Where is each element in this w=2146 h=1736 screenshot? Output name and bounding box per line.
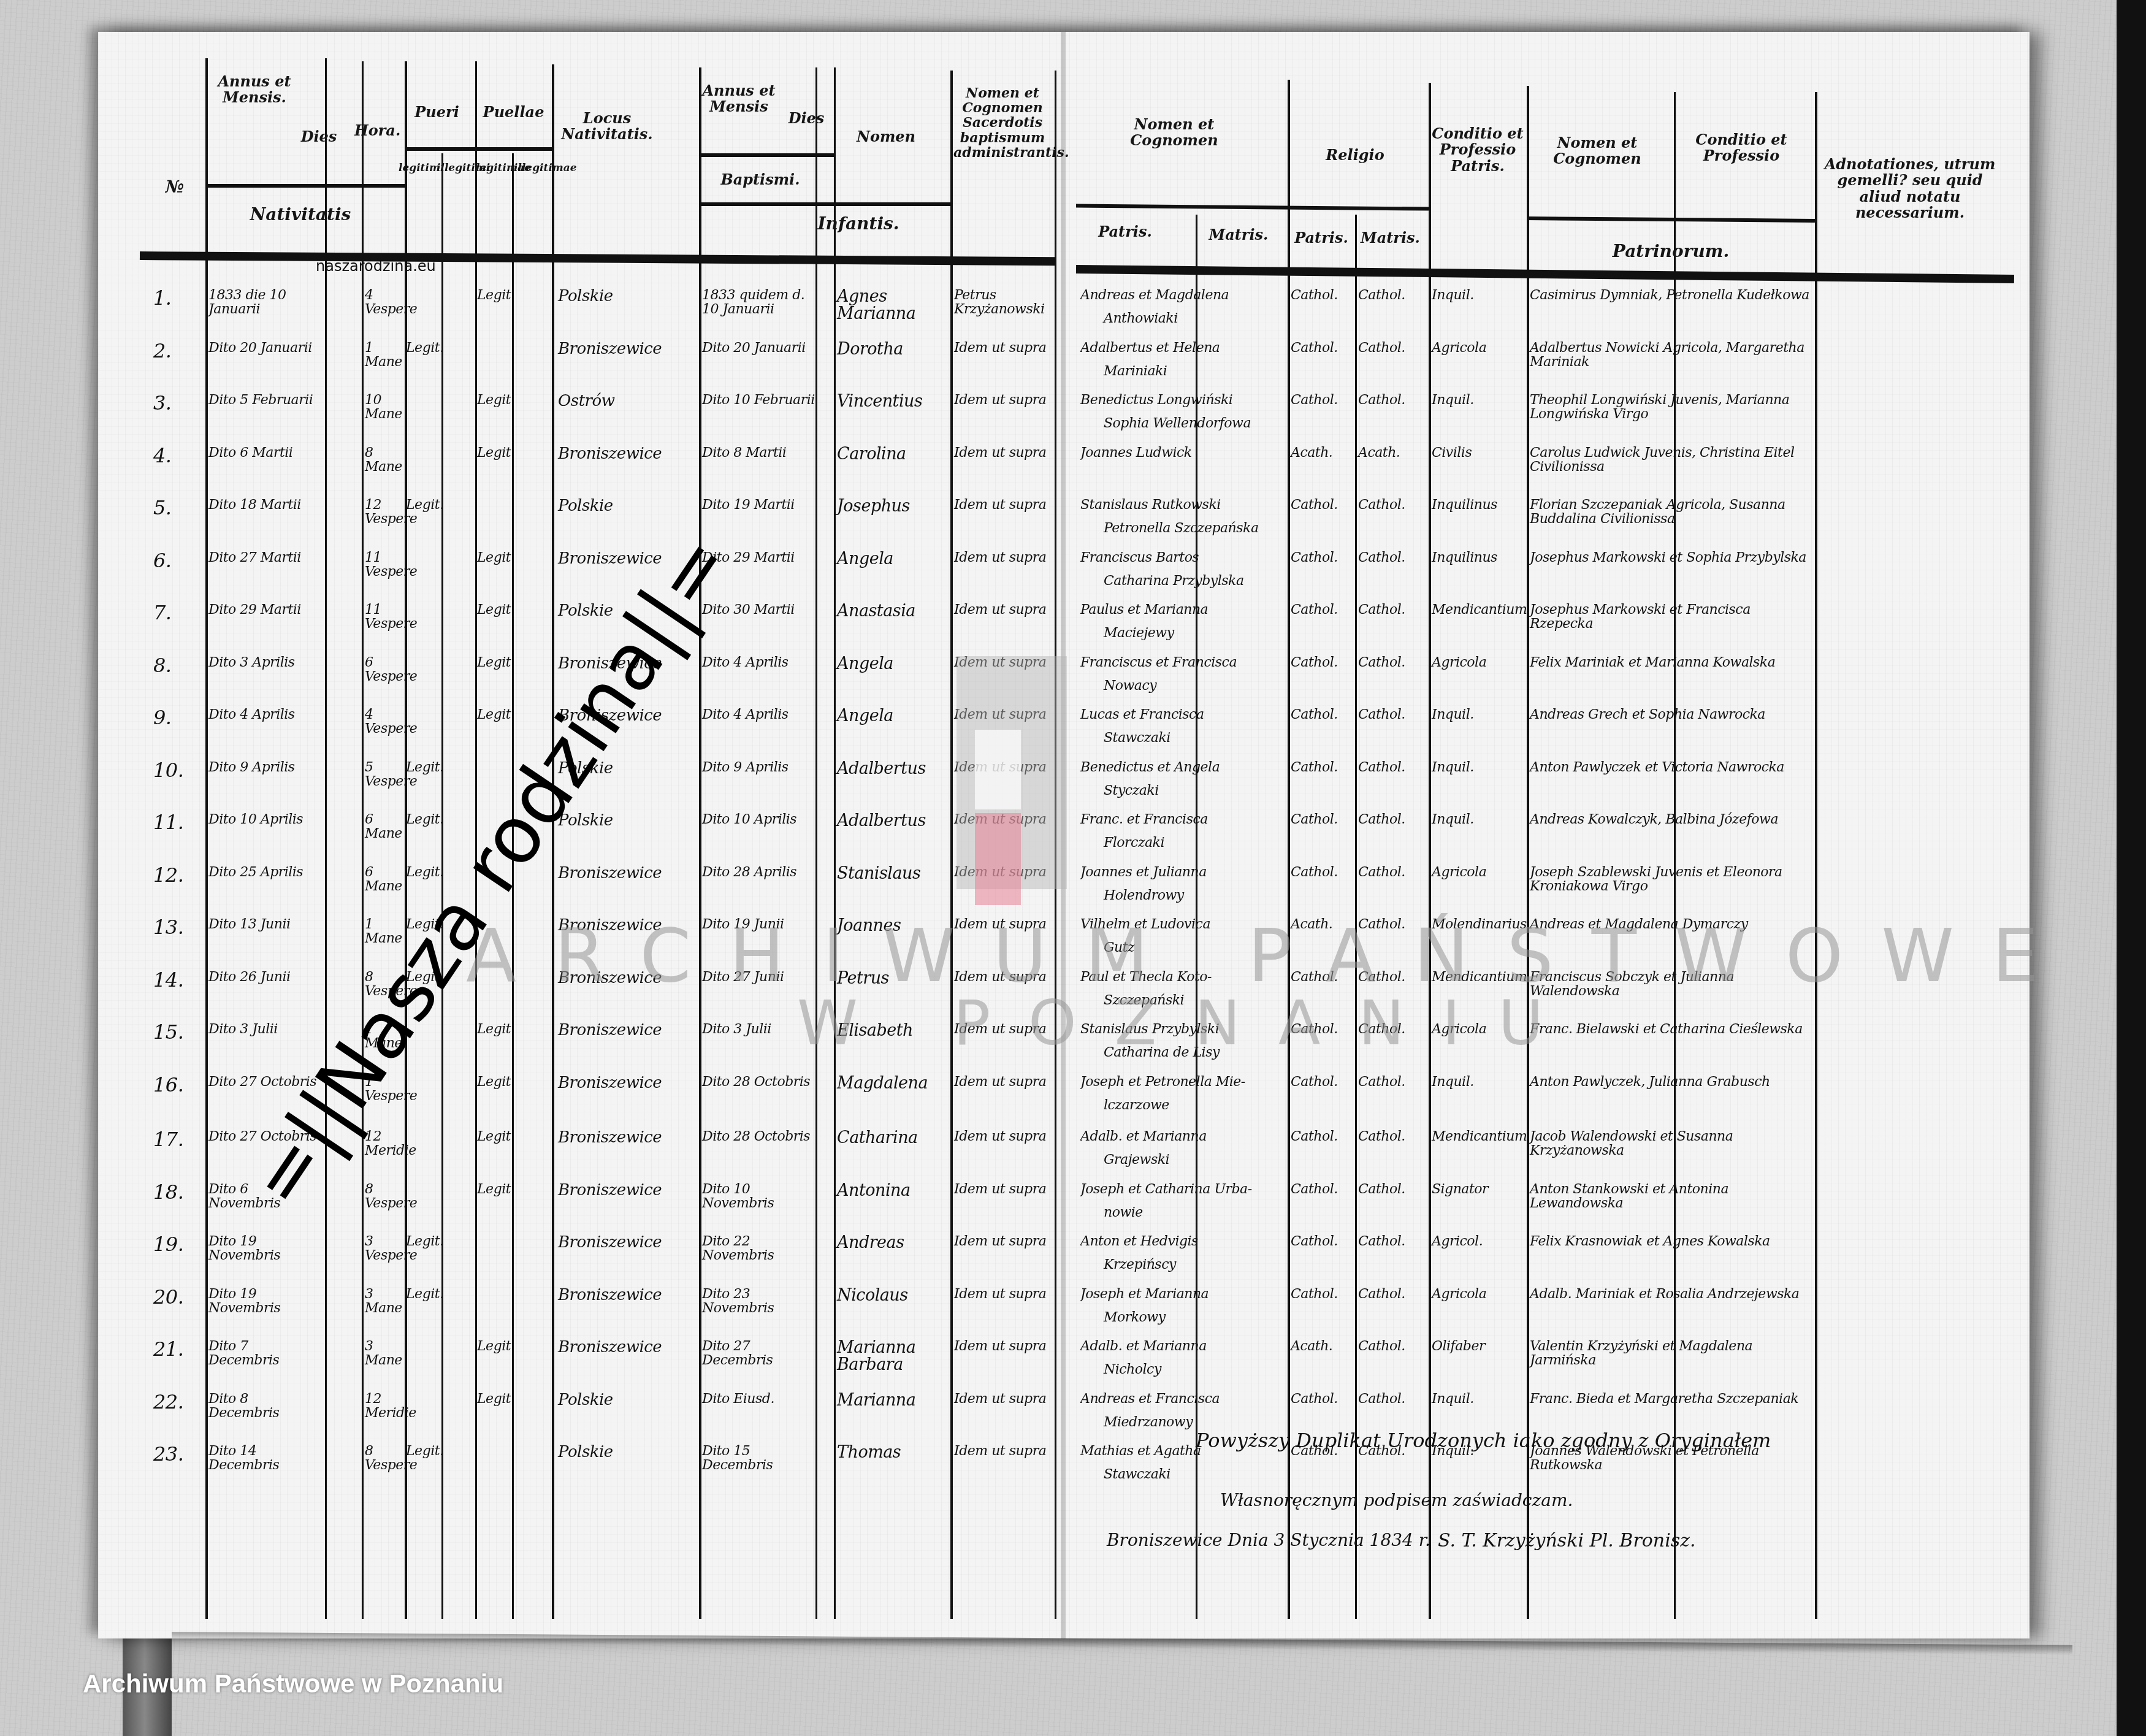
header-patrini-conditio: Conditio et Professio — [1677, 132, 1806, 164]
cell-cond: Mendicantium — [1432, 1130, 1527, 1144]
cell-rel-p: Cathol. — [1291, 341, 1338, 355]
cell-baptismus: Dito 28 Aprilis — [702, 865, 815, 879]
cell-cond: Inquilinus — [1432, 498, 1497, 512]
cell-rel-p: Acath. — [1291, 1339, 1332, 1353]
cell-locus: Broniszewice — [558, 341, 662, 358]
column-rule — [834, 67, 836, 1619]
cell-nomen: Thomas — [837, 1444, 950, 1461]
column-rule — [405, 61, 407, 1619]
cell-patrini: Felix Krasnowiak et Agnes Kowalska — [1530, 1234, 1812, 1248]
header-parentes-nomen: Nomen et Cognomen — [1104, 117, 1245, 149]
cell-hora: 4 Vespere — [365, 708, 402, 736]
header-religio: Religio — [1294, 147, 1416, 163]
cell-baptismus: Dito 10 Novembris — [702, 1182, 815, 1210]
cell-patrini: Andreas Kowalczyk, Balbina Józefowa — [1530, 813, 1812, 827]
cell-sacerdos: Idem ut supra — [954, 1130, 1052, 1144]
cell-rel-p: Cathol. — [1291, 1075, 1338, 1089]
cell-cond: Inquilinus — [1432, 551, 1497, 565]
cell-hora: 8 Vespere — [365, 1182, 402, 1210]
cell-mater: lczarzowe — [1104, 1098, 1169, 1112]
cell-nomen: Catharina — [837, 1130, 950, 1147]
cell-puellae-leg: Legit. — [477, 446, 515, 460]
cell-hora: 11 Vespere — [365, 603, 402, 631]
cell-hora: 11 Vespere — [365, 551, 402, 579]
cell-mater: Miedrzanowy — [1104, 1415, 1193, 1429]
cell-baptismus: Dito 22 Novembris — [702, 1234, 815, 1263]
cell-patrini: Carolus Ludwick Juvenis, Christina Eitel… — [1530, 446, 1812, 474]
cell-pater: Joseph et Catharina Urba- — [1080, 1182, 1283, 1196]
cell-rel-m: Cathol. — [1358, 1287, 1405, 1301]
cell-locus: Broniszewice — [558, 1182, 662, 1199]
header-sacerdos: Nomen et Cognomen Sacerdotis baptismum a… — [953, 86, 1052, 160]
cell-no: 15. — [153, 1022, 183, 1043]
cell-cond: Inquil. — [1432, 288, 1474, 302]
cell-puellae-leg: Legit. — [477, 603, 515, 617]
cell-no: 1. — [153, 288, 172, 309]
cell-pater: Joseph et Marianna — [1080, 1287, 1283, 1301]
cell-sacerdos: Idem ut supra — [954, 498, 1052, 512]
header-nomen: Nomen — [831, 129, 941, 145]
cell-no: 14. — [153, 970, 183, 991]
cell-pater: Andreas et Magdalena — [1080, 288, 1283, 302]
cell-hora: 4 Vespere — [365, 288, 402, 316]
column-rule — [362, 61, 364, 1619]
cell-mater: Catharina Przybylska — [1104, 574, 1244, 588]
cell-cond: Signator — [1432, 1182, 1488, 1196]
cell-nomen: Angela — [837, 656, 950, 673]
cell-cond: Agricol. — [1432, 1234, 1483, 1248]
cell-mater: Sophia Wellendorfowa — [1104, 416, 1251, 430]
cell-hora: 5 Vespere — [365, 760, 402, 789]
cell-baptismus: Dito 20 Januarii — [702, 341, 815, 355]
header-conditio-patris: Conditio et Professio Patris. — [1432, 126, 1524, 174]
header-pueri: Pueri — [399, 104, 475, 120]
cell-rel-m: Cathol. — [1358, 498, 1405, 512]
cell-pater: Paulus et Marianna — [1080, 603, 1283, 617]
cell-pater: Stanislaus Rutkowski — [1080, 498, 1283, 512]
cell-mater: Stawczaki — [1104, 1467, 1170, 1482]
cell-rel-m: Cathol. — [1358, 551, 1405, 565]
column-rule — [325, 58, 327, 1619]
cell-puellae-leg: Legit. — [477, 393, 515, 407]
cell-rel-p: Cathol. — [1291, 1234, 1338, 1248]
cell-mater: Florczaki — [1104, 836, 1164, 850]
cell-nomen: Nicolaus — [837, 1287, 950, 1304]
cell-mater: Anthowiaki — [1104, 312, 1178, 326]
cell-natus: Dito 25 Aprilis — [208, 865, 322, 879]
cell-rel-p: Cathol. — [1291, 551, 1338, 565]
cell-nomen: Adalbertus — [837, 760, 950, 778]
cell-rel-m: Cathol. — [1358, 341, 1405, 355]
archive-logo-white — [975, 730, 1021, 809]
cell-rel-m: Cathol. — [1358, 603, 1405, 617]
cell-nomen: Antonina — [837, 1182, 950, 1199]
header-rule — [699, 153, 834, 157]
cell-rel-p: Cathol. — [1291, 1130, 1338, 1144]
cell-pueri-leg: Legit. — [406, 813, 444, 827]
cell-hora: 6 Mane — [365, 865, 402, 893]
header-religio-matris: Matris. — [1355, 230, 1426, 246]
attestation-place-date: Broniszewice Dnia 3 Stycznia 1834 r. — [1107, 1530, 1430, 1550]
cell-hora: 3 Mane — [365, 1287, 402, 1315]
cell-no: 17. — [153, 1130, 183, 1150]
cell-pueri-leg: Legit. — [406, 498, 444, 512]
cell-hora: 6 Mane — [365, 813, 402, 841]
cell-sacerdos: Idem ut supra — [954, 393, 1052, 407]
cell-pater: Lucas et Francisca — [1080, 708, 1283, 722]
cell-hora: 12 Meridie — [365, 1392, 402, 1420]
cell-mater: Maciejewy — [1104, 626, 1174, 640]
cell-natus: Dito 27 Martii — [208, 551, 322, 565]
cell-nomen: Marianna Barbara — [837, 1339, 950, 1374]
header-bapt-annus: Annus et Mensis — [699, 83, 779, 115]
header-bapt-dies: Dies — [788, 110, 825, 126]
cell-rel-p: Cathol. — [1291, 656, 1338, 670]
cell-locus: Broniszewice — [558, 1234, 662, 1251]
cell-natus: Dito 19 Novembris — [208, 1287, 322, 1315]
cell-baptismus: Dito 8 Martii — [702, 446, 815, 460]
cell-no: 2. — [153, 341, 172, 362]
header-nativitatis: Nativitatis — [208, 205, 392, 224]
cell-baptismus: Dito 4 Aprilis — [702, 656, 815, 670]
column-rule — [1815, 92, 1817, 1619]
cell-puellae-leg: Legit. — [477, 551, 515, 565]
cell-nomen: Angela — [837, 708, 950, 725]
cell-nomen: Stanislaus — [837, 865, 950, 882]
cell-puellae-leg: Legit. — [477, 1022, 515, 1036]
cell-natus: Dito 10 Aprilis — [208, 813, 322, 827]
cell-baptismus: Dito Eiusd. — [702, 1392, 815, 1406]
cell-hora: 12 Meridie — [365, 1130, 402, 1158]
cell-rel-p: Cathol. — [1291, 288, 1338, 302]
cell-pater: Franciscus et Francisca — [1080, 656, 1283, 670]
cell-hora: 3 Vespere — [365, 1234, 402, 1263]
cell-no: 6. — [153, 551, 172, 572]
site-watermark: naszarodzina.eu — [316, 258, 436, 275]
cell-natus: Dito 20 Januarii — [208, 341, 322, 355]
cell-patrini: Jacob Walendowski et Susanna Krzyżanowsk… — [1530, 1130, 1812, 1158]
header-pueri-illegitimi: illegitimi — [437, 163, 475, 174]
attestation-line1: Powyższy Duplikat Urodzonych iako zgodny… — [1196, 1429, 1771, 1452]
cell-sacerdos: Idem ut supra — [954, 1444, 1052, 1458]
cell-no: 20. — [153, 1287, 183, 1308]
cell-hora: 6 Vespere — [365, 656, 402, 684]
cell-natus: Dito 5 Februarii — [208, 393, 322, 407]
cell-patrini: Anton Stankowski et Antonina Lewandowska — [1530, 1182, 1812, 1210]
cell-no: 9. — [153, 708, 172, 728]
cell-pater: Joannes et Julianna — [1080, 865, 1283, 879]
cell-pater: Andreas et Francisca — [1080, 1392, 1283, 1406]
header-nat-dies: Dies — [300, 129, 337, 145]
cell-hora: 8 Mane — [365, 446, 402, 474]
cell-mater: Nicholcy — [1104, 1363, 1161, 1377]
cell-no: 5. — [153, 498, 172, 519]
cell-rel-p: Cathol. — [1291, 813, 1338, 827]
cell-patrini: Felix Mariniak et Marianna Kowalska — [1530, 656, 1812, 670]
cell-puellae-leg: Legit. — [477, 1182, 515, 1196]
cell-no: 12. — [153, 865, 183, 886]
cell-puellae-leg: Legit. — [477, 1339, 515, 1353]
column-rule — [1527, 86, 1529, 1619]
archive-watermark-line1: ARCHIWUM PAŃSTWOWE — [466, 914, 2077, 999]
cell-cond: Agricola — [1432, 1287, 1486, 1301]
cell-baptismus: 1833 quidem d. 10 Januarii — [702, 288, 815, 316]
cell-puellae-leg: Legit. — [477, 288, 515, 302]
cell-rel-p: Cathol. — [1291, 603, 1338, 617]
cell-hora: 1 Mane — [365, 341, 402, 369]
cell-no: 7. — [153, 603, 172, 624]
column-rule — [1429, 83, 1431, 1619]
cell-baptismus: Dito 10 Aprilis — [702, 813, 815, 827]
header-rule — [405, 147, 552, 151]
cell-pater: Joannes Ludwick — [1080, 446, 1283, 460]
header-baptismi: Baptismi. — [699, 172, 822, 188]
cell-nomen: Vincentius — [837, 393, 950, 410]
cell-nomen: Marianna — [837, 1392, 950, 1409]
header-nat-annus: Annus et Mensis. — [208, 74, 300, 106]
attestation-line2: Własnoręcznym podpisem zaświadczam. — [1220, 1490, 1573, 1510]
cell-hora: 8 Vespere — [365, 1444, 402, 1472]
cell-nomen: Magdalena — [837, 1075, 950, 1092]
cell-rel-p: Cathol. — [1291, 760, 1338, 774]
cell-cond: Inquil. — [1432, 813, 1474, 827]
cell-locus: Broniszewice — [558, 1022, 662, 1039]
cell-patrini: Adalb. Mariniak et Rosalia Andrzejewska — [1530, 1287, 1812, 1301]
cell-patrini: Joseph Szablewski Juvenis et Eleonora Kr… — [1530, 865, 1812, 893]
cell-rel-p: Cathol. — [1291, 708, 1338, 722]
cell-rel-m: Cathol. — [1358, 1182, 1405, 1196]
cell-baptismus: Dito 10 Februarii — [702, 393, 815, 407]
cell-rel-m: Cathol. — [1358, 708, 1405, 722]
cell-rel-m: Cathol. — [1358, 1392, 1405, 1406]
cell-puellae-leg: Legit. — [477, 708, 515, 722]
cell-pater: Adalbertus et Helena — [1080, 341, 1283, 355]
cell-rel-p: Acath. — [1291, 446, 1332, 460]
cell-natus: Dito 26 Junii — [208, 970, 322, 984]
cell-nomen: Dorotha — [837, 341, 950, 358]
cell-rel-p: Cathol. — [1291, 1287, 1338, 1301]
cell-natus: Dito 8 Decembris — [208, 1392, 322, 1420]
column-rule — [1674, 92, 1676, 1619]
cell-mater: Krzepińscy — [1104, 1258, 1176, 1272]
cell-locus: Polskie — [558, 1392, 613, 1409]
header-puellae-illegitimae: illegitimae — [514, 163, 552, 174]
cell-pater: Franc. et Francisca — [1080, 813, 1283, 827]
cell-mater: Nowacy — [1104, 679, 1156, 693]
cell-pueri-leg: Legit. — [406, 1287, 444, 1301]
cell-puellae-leg: Legit. — [477, 656, 515, 670]
header-adnotationes: Adnotationes, utrum gemelli? seu quid al… — [1818, 156, 2002, 221]
cell-rel-m: Cathol. — [1358, 1339, 1405, 1353]
cell-rel-m: Cathol. — [1358, 1130, 1405, 1144]
cell-sacerdos: Idem ut supra — [954, 1287, 1052, 1301]
cell-no: 3. — [153, 393, 172, 414]
cell-hora: 3 Mane — [365, 1339, 402, 1367]
cell-cond: Inquil. — [1432, 708, 1474, 722]
cell-patrini: Franc. Bieda et Margaretha Szczepaniak — [1530, 1392, 1812, 1406]
cell-baptismus: Dito 9 Aprilis — [702, 760, 815, 774]
header-pueri-legitimi: legitimi — [399, 163, 437, 174]
cell-pater: Joseph et Petronella Mie- — [1080, 1075, 1283, 1089]
cell-sacerdos: Idem ut supra — [954, 603, 1052, 617]
cell-hora: 10 Mane — [365, 393, 402, 421]
cell-rel-p: Cathol. — [1291, 1392, 1338, 1406]
cell-cond: Inquil. — [1432, 760, 1474, 774]
header-patrini-nomen: Nomen et Cognomen — [1527, 135, 1668, 167]
cell-rel-p: Cathol. — [1291, 498, 1338, 512]
cell-pater: Benedictus et Angela — [1080, 760, 1283, 774]
column-rule — [699, 67, 701, 1619]
cell-locus: Polskie — [558, 1444, 613, 1461]
cell-mater: Petronella Szczepańska — [1104, 521, 1259, 535]
cell-nomen: Josephus — [837, 498, 950, 515]
cell-no: 18. — [153, 1182, 183, 1203]
cell-puellae-leg: Legit. — [477, 1392, 515, 1406]
cell-baptismus: Dito 4 Aprilis — [702, 708, 815, 722]
cell-no: 16. — [153, 1075, 183, 1096]
header-patrinorum: Patrinorum. — [1533, 242, 1809, 261]
cell-sacerdos: Idem ut supra — [954, 551, 1052, 565]
cell-rel-p: Cathol. — [1291, 393, 1338, 407]
cell-puellae-leg: Legit. — [477, 1130, 515, 1144]
header-matris: Matris. — [1196, 227, 1281, 243]
cell-nomen: Agnes Marianna — [837, 288, 950, 323]
cell-baptismus: Dito 28 Octobris — [702, 1075, 815, 1089]
cell-nomen: Angela — [837, 551, 950, 568]
scan-edge — [2117, 0, 2146, 1736]
cell-locus: Polskie — [558, 603, 613, 619]
cell-rel-m: Acath. — [1358, 446, 1400, 460]
cell-sacerdos: Petrus Krzyżanowski — [954, 288, 1052, 316]
cell-nomen: Carolina — [837, 446, 950, 463]
header-patris: Patris. — [1079, 224, 1171, 240]
cell-rel-m: Cathol. — [1358, 656, 1405, 670]
cell-sacerdos: Idem ut supra — [954, 1182, 1052, 1196]
cell-baptismus: Dito 23 Novembris — [702, 1287, 815, 1315]
cell-rel-m: Cathol. — [1358, 760, 1405, 774]
cell-rel-m: Cathol. — [1358, 1234, 1405, 1248]
cell-no: 22. — [153, 1392, 183, 1413]
cell-natus: Dito 3 Aprilis — [208, 656, 322, 670]
header-locus: Locus Nativitatis. — [558, 110, 656, 143]
cell-natus: 1833 die 10 Januarii — [208, 288, 322, 316]
cell-natus: Dito 18 Martii — [208, 498, 322, 512]
cell-locus: Polskie — [558, 498, 613, 514]
cell-rel-m: Cathol. — [1358, 813, 1405, 827]
cell-mater: Holendrowy — [1104, 889, 1184, 903]
cell-baptismus: Dito 19 Martii — [702, 498, 815, 512]
cell-mater: Stawczaki — [1104, 731, 1170, 745]
cell-patrini: Adalbertus Nowicki Agricola, Margaretha … — [1530, 341, 1812, 369]
column-rule — [1288, 80, 1290, 1619]
cell-pater: Adalb. et Marianna — [1080, 1130, 1283, 1144]
cell-rel-m: Cathol. — [1358, 288, 1405, 302]
cell-sacerdos: Idem ut supra — [954, 1339, 1052, 1353]
cell-sacerdos: Idem ut supra — [954, 1234, 1052, 1248]
cell-mater: Styczaki — [1104, 784, 1159, 798]
cell-rel-m: Cathol. — [1358, 1075, 1405, 1089]
cell-patrini: Florian Szczepaniak Agricola, Susanna Bu… — [1530, 498, 1812, 526]
cell-locus: Polskie — [558, 288, 613, 305]
cell-rel-m: Cathol. — [1358, 865, 1405, 879]
cell-pater: Benedictus Longwiński — [1080, 393, 1283, 407]
cell-no: 11. — [153, 813, 183, 833]
cell-cond: Civilis — [1432, 446, 1472, 460]
cell-nomen: Adalbertus — [837, 813, 950, 830]
cell-patrini: Theophil Longwiński Juvenis, Marianna Lo… — [1530, 393, 1812, 421]
cell-pueri-leg: Legit. — [406, 760, 444, 774]
cell-patrini: Valentin Krzyżyński et Magdalena Jarmińs… — [1530, 1339, 1812, 1367]
cell-cond: Agricola — [1432, 341, 1486, 355]
cell-natus: Dito 3 Julii — [208, 1022, 322, 1036]
cell-natus: Dito 19 Novembris — [208, 1234, 322, 1263]
cell-patrini: Anton Pawlyczek, Julianna Grabusch — [1530, 1075, 1812, 1089]
cell-rel-p: Cathol. — [1291, 865, 1338, 879]
cell-mater: Morkowy — [1104, 1310, 1166, 1325]
cell-sacerdos: Idem ut supra — [954, 341, 1052, 355]
cell-patrini: Andreas Grech et Sophia Nawrocka — [1530, 708, 1812, 722]
cell-mater: Mariniaki — [1104, 364, 1167, 378]
cell-locus: Broniszewice — [558, 865, 662, 882]
cell-pueri-leg: Legit. — [406, 341, 444, 355]
column-rule — [950, 71, 953, 1619]
cell-hora: 12 Vespere — [365, 498, 402, 526]
cell-locus: Broniszewice — [558, 1339, 662, 1356]
cell-baptismus: Dito 27 Decembris — [702, 1339, 815, 1367]
cell-no: 10. — [153, 760, 183, 781]
cell-baptismus: Dito 28 Octobris — [702, 1130, 815, 1144]
cell-mater: nowie — [1104, 1206, 1143, 1220]
header-religio-patris: Patris. — [1288, 230, 1355, 246]
column-rule — [205, 58, 208, 1619]
cell-cond: Inquil. — [1432, 1392, 1474, 1406]
cell-natus: Dito 9 Aprilis — [208, 760, 322, 774]
cell-no: 4. — [153, 446, 172, 467]
header-nat-hora: Hora. — [354, 123, 385, 139]
cell-cond: Inquil. — [1432, 393, 1474, 407]
archive-logo-red — [975, 813, 1021, 905]
cell-locus: Ostrów — [558, 393, 614, 410]
cell-pueri-leg: Legit. — [406, 1234, 444, 1248]
cell-locus: Broniszewice — [558, 446, 662, 462]
cell-no: 8. — [153, 656, 172, 676]
cell-natus: Dito 6 Martii — [208, 446, 322, 460]
cell-natus: Dito 4 Aprilis — [208, 708, 322, 722]
cell-nomen: Anastasia — [837, 603, 950, 620]
cell-cond: Inquil. — [1432, 1075, 1474, 1089]
cell-cond: Olifaber — [1432, 1339, 1485, 1353]
cell-cond: Mendicantium — [1432, 603, 1527, 617]
cell-sacerdos: Idem ut supra — [954, 446, 1052, 460]
header-puellae: Puellae — [475, 104, 552, 120]
cell-patrini: Anton Pawlyczek et Victoria Nawrocka — [1530, 760, 1812, 774]
cell-sacerdos: Idem ut supra — [954, 1392, 1052, 1406]
cell-rel-p: Cathol. — [1291, 1182, 1338, 1196]
cell-natus: Dito 14 Decembris — [208, 1444, 322, 1472]
cell-no: 21. — [153, 1339, 183, 1360]
cell-cond: Agricola — [1432, 865, 1486, 879]
cell-rel-m: Cathol. — [1358, 393, 1405, 407]
cell-mater: Grajewski — [1104, 1153, 1169, 1167]
cell-pater: Franciscus Bartos — [1080, 551, 1283, 565]
archive-watermark-line2: W POZNANIU — [797, 987, 1581, 1059]
cell-locus: Broniszewice — [558, 1287, 662, 1304]
cell-sacerdos: Idem ut supra — [954, 1075, 1052, 1089]
cell-baptismus: Dito 15 Decembris — [702, 1444, 815, 1472]
header-infantis: Infantis. — [736, 215, 981, 234]
archive-footer-label: Archiwum Państwowe w Poznaniu — [83, 1669, 503, 1699]
cell-pueri-leg: Legit. — [406, 1444, 444, 1458]
